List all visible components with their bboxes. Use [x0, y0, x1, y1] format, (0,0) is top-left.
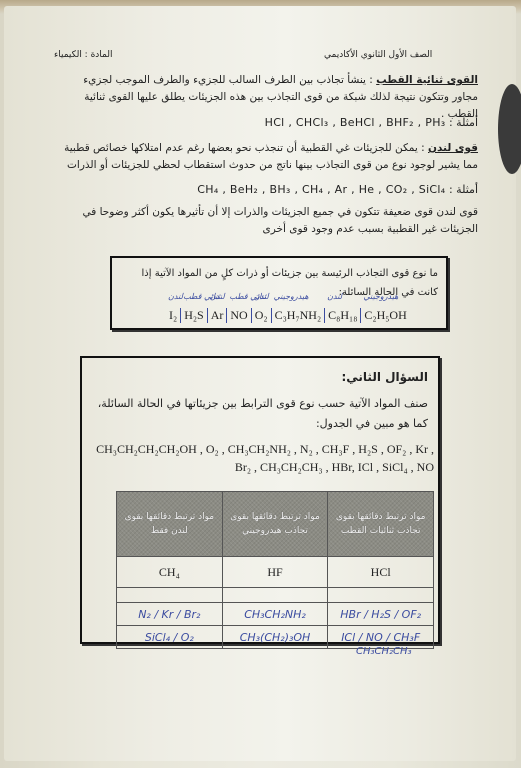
handwritten-answer: لندن — [327, 292, 342, 301]
grade-label: الصف الأول الثانوي الأكاديمي — [324, 50, 432, 60]
handwritten-answer: لندن — [254, 292, 269, 301]
classification-table: مواد ترتبط دقائقها بقوى تجاذب ثنائيات ال… — [116, 491, 434, 649]
table-row-example: HCl HF CH₄ — [117, 557, 434, 588]
header-london: مواد ترتبط دقائقها بقوى لندن فقط — [117, 492, 223, 557]
header-hydrogen: مواد ترتبط دقائقها بقوى تجاذب هيدروجيني — [222, 492, 328, 557]
q1-item: هيدروجينيC₃H₇NH₂ — [271, 308, 325, 323]
question2-substances: CH₃CH₂CH₂CH₂OH , O₂ , CH₃CH₂NH₂ , N₂ , C… — [88, 440, 434, 476]
table-row-blank — [117, 588, 434, 603]
q1-item: ثنائي قطبNO — [226, 308, 250, 323]
worksheet-page: المادة : الكيمياء الصف الأول الثانوي الأ… — [4, 6, 516, 761]
blank-cell — [117, 588, 223, 603]
london-examples: أمثلة : CH₄ , BeH₂ , BH₃ , CH₄ , Ar , He… — [154, 183, 478, 196]
header-dipole: مواد ترتبط دقائقها بقوى تجاذب ثنائيات ال… — [328, 492, 434, 557]
table-row: HBr / H₂S / OF₂ CH₃CH₂NH₂ N₂ / Kr / Br₂ — [117, 603, 434, 626]
question2-prompt: صنف المواد الآتية حسب نوع قوى الترابط بي… — [88, 394, 428, 434]
formula: C₃H₇NH₂ — [275, 308, 322, 322]
q1-item: لندنO₂ — [251, 308, 271, 323]
q1-item: هيدروجينيC₂H₅OH — [360, 308, 409, 323]
london-examples-list: CH₄ , BeH₂ , BH₃ , CH₄ , Ar , He , CO₂ ,… — [197, 183, 445, 196]
answer-hydrogen: CH₃CH₂NH₂ — [222, 603, 328, 626]
formula: H₂S — [184, 308, 204, 322]
formula: Ar — [211, 308, 224, 322]
london-note: قوى لندن قوى ضعيفة تتكون في جميع الجزيئا… — [62, 204, 478, 238]
q1-item: ثنائي قطبH₂S — [180, 308, 207, 323]
handwritten-answer: لندن — [168, 292, 183, 301]
london-examples-label: أمثلة : — [449, 183, 478, 196]
q1-item: لندنI₂ — [166, 308, 180, 323]
dipole-examples-list: HCl , CHCl₃ , BeHCl , BHF₂ , PH₃ — [265, 116, 446, 129]
dipole-examples-label: أمثلة : — [449, 116, 478, 129]
answer-hydrogen: CH₃(CH₂)₃OH — [222, 626, 328, 649]
handwritten-answer: هيدروجيني — [274, 292, 309, 301]
answer-dipole: HBr / H₂S / OF₂ — [328, 603, 434, 626]
dipole-term: القوى ثنائية القطب — [376, 74, 478, 86]
answer-london: SiCl₄ / O₂ — [117, 626, 223, 649]
example-london: CH₄ — [117, 557, 223, 588]
binder-hole — [498, 84, 521, 174]
question1-items: لندنI₂ثنائي قطبH₂SلندنArثنائي قطبNOلندنO… — [166, 308, 410, 323]
q1-item: لندنC₈H₁₈ — [324, 308, 360, 323]
formula: NO — [230, 308, 247, 322]
london-text: : يمكن للجزيئات غي القطبية أن تنجذب نحو … — [64, 142, 478, 188]
london-term: قوى لندن — [428, 142, 478, 154]
handwritten-extra-answer: CH₃CH₂CH₃ — [356, 646, 412, 657]
formula: C₈H₁₈ — [328, 308, 357, 322]
formula: O₂ — [255, 308, 268, 322]
example-dipole: HCl — [328, 557, 434, 588]
formula: C₂H₅OH — [364, 308, 406, 322]
blank-cell — [222, 588, 328, 603]
question2-box: السؤال الثاني: صنف المواد الآتية حسب نوع… — [80, 356, 440, 644]
subject-label: المادة : الكيمياء — [54, 50, 113, 60]
q1-item: لندنAr — [207, 308, 227, 323]
question2-title: السؤال الثاني: — [341, 370, 428, 384]
handwritten-answer: هيدروجيني — [363, 292, 398, 301]
dipole-examples: أمثلة : HCl , CHCl₃ , BeHCl , BHF₂ , PH₃ — [204, 116, 478, 129]
example-hydrogen: HF — [222, 557, 328, 588]
handwritten-answer: لندن — [210, 292, 225, 301]
blank-cell — [328, 588, 434, 603]
question1-box: ما نوع قوى التجاذب الرئيسة بين جزيئات أو… — [110, 256, 448, 330]
answer-london: N₂ / Kr / Br₂ — [117, 603, 223, 626]
table-header-row: مواد ترتبط دقائقها بقوى تجاذب ثنائيات ال… — [117, 492, 434, 557]
formula: I₂ — [169, 308, 177, 322]
